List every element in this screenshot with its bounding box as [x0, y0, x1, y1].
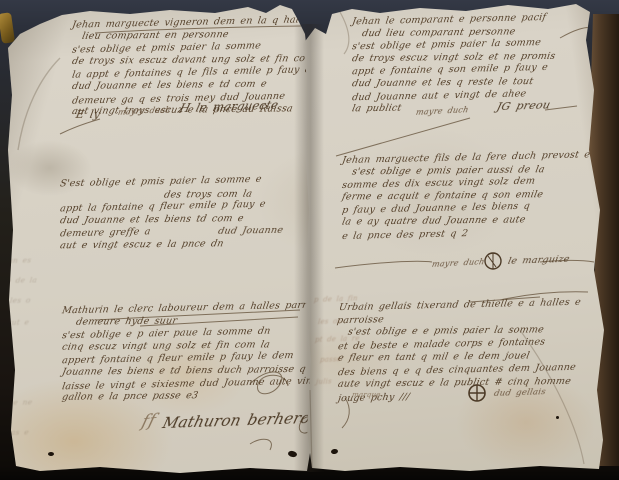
left-entry-2: S'est oblige et pmis paier la somme e de…	[60, 176, 266, 252]
signature: le marguize	[507, 254, 571, 267]
brass-clasp	[0, 12, 15, 44]
gutter-shadow	[294, 24, 324, 472]
officer-mark: mayre duch	[431, 257, 485, 269]
ink-speck	[48, 452, 54, 456]
bleedthrough-text: aut e	[6, 318, 29, 327]
handwritten-line: aut e vingt escuz e la pnce dn	[59, 238, 267, 253]
inline-name: dud Jouanne	[217, 225, 284, 239]
signature: JG preou	[495, 98, 552, 113]
officer-mark: mayre duch	[415, 105, 469, 117]
margin-mark: E ly	[75, 108, 101, 121]
bleedthrough-text: un es	[7, 256, 31, 265]
manuscript-photo: Jehan marguecte vigneron dem en la q hal…	[0, 0, 619, 480]
paraph-mark: ff	[139, 411, 158, 432]
crossed-circle-mark-icon	[466, 382, 488, 404]
right-entry-2: Jehan marguecte fils de la fere duch pre…	[342, 152, 601, 240]
bleedthrough-text: p de la	[5, 275, 37, 285]
circle-mark-icon	[482, 250, 504, 272]
signature: dud gellais	[493, 387, 546, 399]
bleedthrough-text: pas e	[5, 428, 29, 437]
bleedthrough-text: les o	[9, 296, 31, 305]
bleedthrough-text: ve ne	[8, 398, 32, 407]
marque-label: marque	[351, 391, 381, 399]
ink-speck	[556, 416, 559, 419]
